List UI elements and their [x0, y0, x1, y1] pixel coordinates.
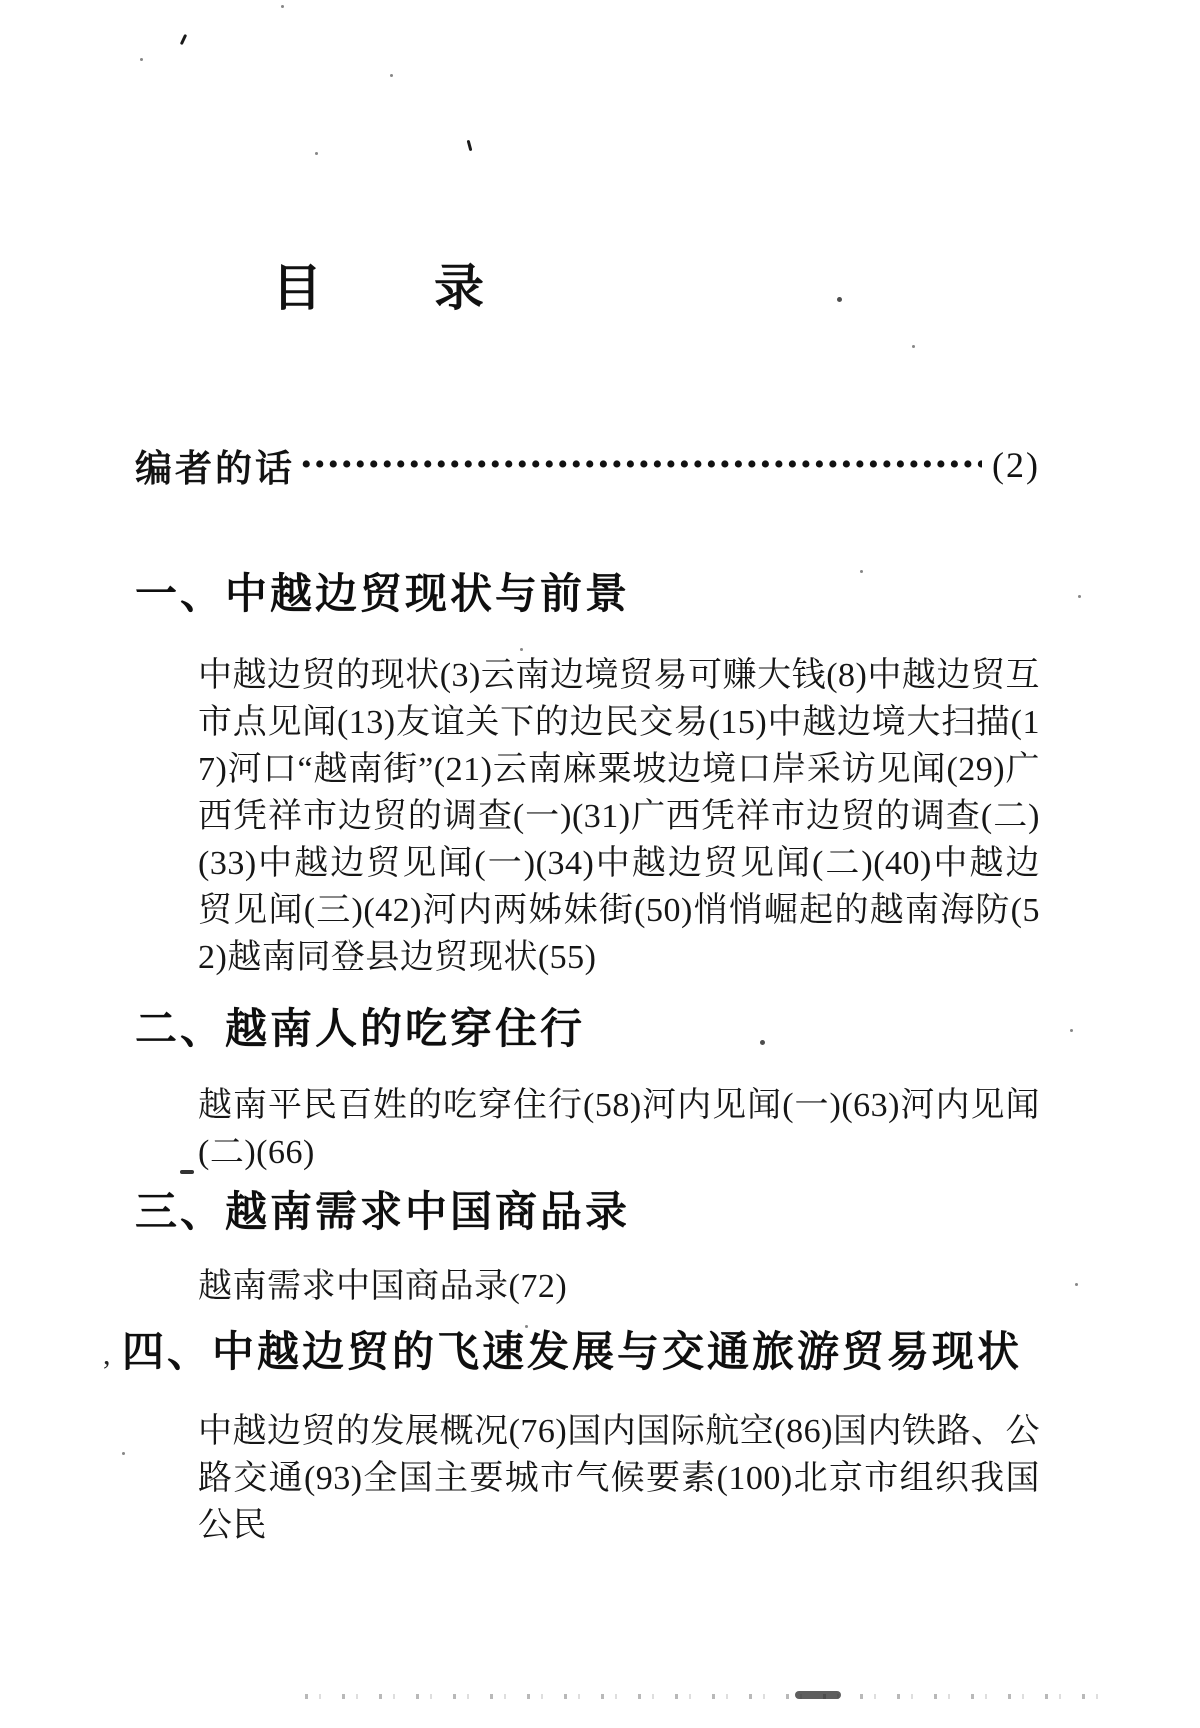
editor-note-label: 编者的话 — [135, 438, 295, 492]
scan-speck — [180, 1170, 194, 1174]
section-2-heading: 二、越南人的吃穿住行 — [135, 1005, 1200, 1055]
scan-speck — [525, 1325, 528, 1328]
toc-section-3: 三、越南需求中国商品录 越南需求中国商品录(72) — [0, 1188, 1200, 1310]
scan-speck — [922, 1332, 925, 1335]
scan-speck — [837, 297, 842, 302]
scanned-toc-page: 目 录 编者的话 •••••••••••••••••••••••••••••••… — [0, 0, 1200, 1728]
section-1-heading: 一、中越边贸现状与前景 — [135, 570, 1200, 620]
scan-speck — [281, 5, 284, 8]
scan-noise-blob — [795, 1691, 841, 1699]
section-2-body: 越南平民百姓的吃穿住行(58)河内见闻(一)(63)河内见闻(二)(66) — [198, 1082, 1040, 1176]
scan-speck — [912, 345, 915, 348]
toc-section-4: 四、中越边贸的飞速发展与交通旅游贸易现状 中越边贸的发展概况(76)国内国际航空… — [0, 1328, 1200, 1549]
scan-speck: , — [103, 1338, 111, 1372]
toc-entry-editor-note: 编者的话 •••••••••••••••••••••••••••••••••••… — [135, 438, 1040, 492]
scan-speck — [520, 648, 523, 651]
scan-speck — [122, 1452, 125, 1455]
scan-noise-band — [305, 1694, 1115, 1699]
toc-section-1: 一、中越边贸现状与前景 中越边贸的现状(3)云南边境贸易可赚大钱(8)中越边贸互… — [0, 570, 1200, 981]
section-4-heading: 四、中越边贸的飞速发展与交通旅游贸易现状 — [122, 1328, 1200, 1378]
toc-section-2: 二、越南人的吃穿住行 越南平民百姓的吃穿住行(58)河内见闻(一)(63)河内见… — [0, 1005, 1200, 1176]
scan-speck — [180, 34, 187, 45]
scan-speck — [390, 74, 393, 77]
section-3-heading: 三、越南需求中国商品录 — [135, 1188, 1200, 1238]
section-1-body: 中越边贸的现状(3)云南边境贸易可赚大钱(8)中越边贸互市点见闻(13)友谊关下… — [198, 652, 1040, 981]
page-title: 目 录 — [0, 248, 760, 320]
scan-speck — [315, 152, 318, 155]
scan-speck — [1070, 1029, 1073, 1032]
editor-note-page-number: (2) — [992, 444, 1040, 486]
scan-speck — [860, 570, 863, 573]
scan-speck — [140, 58, 143, 61]
scan-speck — [1075, 1283, 1078, 1286]
dot-leader: ••••••••••••••••••••••••••••••••••••••••… — [301, 441, 982, 489]
scan-speck — [1078, 595, 1081, 598]
section-4-body: 中越边贸的发展概况(76)国内国际航空(86)国内铁路、公路交通(93)全国主要… — [198, 1408, 1040, 1549]
section-3-body: 越南需求中国商品录(72) — [198, 1263, 1040, 1310]
scan-speck — [467, 140, 473, 151]
scan-speck — [760, 1040, 765, 1045]
